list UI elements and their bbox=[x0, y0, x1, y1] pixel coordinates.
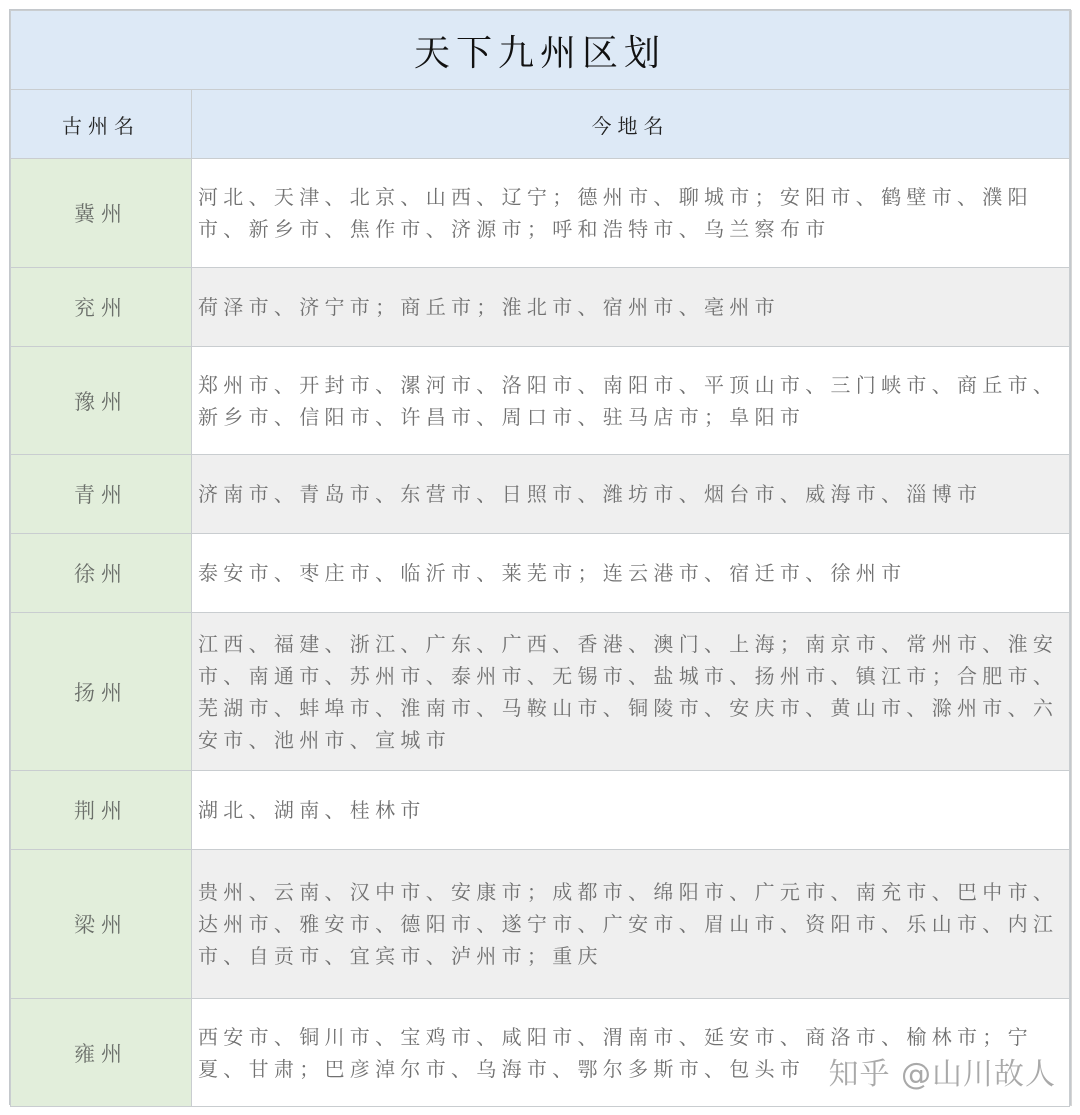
table-row: 青州 济南市、青岛市、东营市、日照市、潍坊市、烟台市、威海市、淄博市 bbox=[11, 455, 1070, 534]
modern-places-cell: 江西、福建、浙江、广东、广西、香港、澳门、上海；南京市、常州市、淮安市、南通市、… bbox=[192, 613, 1070, 771]
ancient-province-cell: 冀州 bbox=[11, 159, 192, 268]
ancient-province-cell: 徐州 bbox=[11, 534, 192, 613]
header-row: 古州名 今地名 bbox=[11, 90, 1070, 159]
ancient-province-cell: 荆州 bbox=[11, 771, 192, 850]
modern-places-cell: 河北、天津、北京、山西、辽宁；德州市、聊城市；安阳市、鹤壁市、濮阳市、新乡市、焦… bbox=[192, 159, 1070, 268]
modern-places-cell: 西安市、铜川市、宝鸡市、咸阳市、渭南市、延安市、商洛市、榆林市；宁夏、甘肃；巴彦… bbox=[192, 999, 1070, 1107]
division-table: 天下九州区划 古州名 今地名 冀州 河北、天津、北京、山西、辽宁；德州市、聊城市… bbox=[10, 10, 1070, 1107]
table-row: 冀州 河北、天津、北京、山西、辽宁；德州市、聊城市；安阳市、鹤壁市、濮阳市、新乡… bbox=[11, 159, 1070, 268]
modern-places-cell: 荷泽市、济宁市；商丘市；淮北市、宿州市、亳州市 bbox=[192, 268, 1070, 347]
ancient-province-cell: 梁州 bbox=[11, 850, 192, 999]
ancient-province-cell: 兖州 bbox=[11, 268, 192, 347]
table-row: 徐州 泰安市、枣庄市、临沂市、莱芜市；连云港市、宿迁市、徐州市 bbox=[11, 534, 1070, 613]
modern-places-cell: 湖北、湖南、桂林市 bbox=[192, 771, 1070, 850]
column-header-modern-name: 今地名 bbox=[192, 90, 1070, 159]
ancient-province-cell: 扬州 bbox=[11, 613, 192, 771]
nine-provinces-table: 天下九州区划 古州名 今地名 冀州 河北、天津、北京、山西、辽宁；德州市、聊城市… bbox=[9, 9, 1071, 1105]
table-title: 天下九州区划 bbox=[11, 11, 1070, 90]
modern-places-cell: 泰安市、枣庄市、临沂市、莱芜市；连云港市、宿迁市、徐州市 bbox=[192, 534, 1070, 613]
title-row: 天下九州区划 bbox=[11, 11, 1070, 90]
modern-places-cell: 济南市、青岛市、东营市、日照市、潍坊市、烟台市、威海市、淄博市 bbox=[192, 455, 1070, 534]
table-row: 雍州 西安市、铜川市、宝鸡市、咸阳市、渭南市、延安市、商洛市、榆林市；宁夏、甘肃… bbox=[11, 999, 1070, 1107]
modern-places-cell: 贵州、云南、汉中市、安康市；成都市、绵阳市、广元市、南充市、巴中市、达州市、雅安… bbox=[192, 850, 1070, 999]
table-row: 兖州 荷泽市、济宁市；商丘市；淮北市、宿州市、亳州市 bbox=[11, 268, 1070, 347]
table-row: 豫州 郑州市、开封市、漯河市、洛阳市、南阳市、平顶山市、三门峡市、商丘市、新乡市… bbox=[11, 347, 1070, 455]
ancient-province-cell: 豫州 bbox=[11, 347, 192, 455]
table-row: 扬州 江西、福建、浙江、广东、广西、香港、澳门、上海；南京市、常州市、淮安市、南… bbox=[11, 613, 1070, 771]
table-body: 冀州 河北、天津、北京、山西、辽宁；德州市、聊城市；安阳市、鹤壁市、濮阳市、新乡… bbox=[11, 159, 1070, 1107]
modern-places-cell: 郑州市、开封市、漯河市、洛阳市、南阳市、平顶山市、三门峡市、商丘市、新乡市、信阳… bbox=[192, 347, 1070, 455]
table-row: 荆州 湖北、湖南、桂林市 bbox=[11, 771, 1070, 850]
ancient-province-cell: 青州 bbox=[11, 455, 192, 534]
column-header-ancient-name: 古州名 bbox=[11, 90, 192, 159]
table-row: 梁州 贵州、云南、汉中市、安康市；成都市、绵阳市、广元市、南充市、巴中市、达州市… bbox=[11, 850, 1070, 999]
ancient-province-cell: 雍州 bbox=[11, 999, 192, 1107]
